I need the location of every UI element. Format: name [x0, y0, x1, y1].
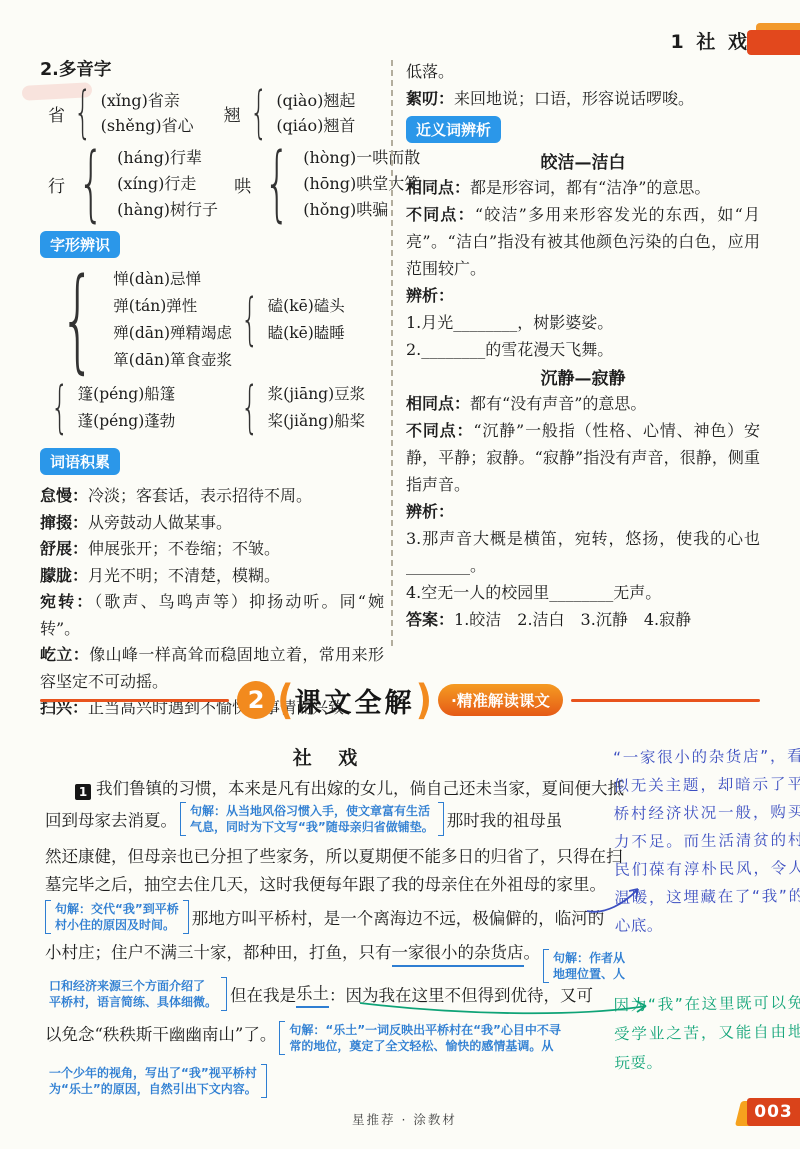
glyph-items: 惮(dàn)忌惮 弹(tán)弹性 殚(dān)殚精竭虑 箪(dān)箪食壶浆	[113, 266, 232, 374]
poly-group-qiao: 翘 { (qiào)翘起 (qiáo)翘首	[224, 85, 356, 141]
reading: (hàng)树行子	[117, 197, 218, 223]
section-badge-zixing: 字形辨识	[40, 231, 120, 258]
text-line-3: 然还康健，但母亲也已分担了些家务，所以夏期便不能多日的归省了，只得在扫	[45, 843, 623, 867]
annotation-text: 平桥村，语言简练、具体细微。	[49, 994, 217, 1010]
def-term: 宛转：	[40, 592, 94, 611]
annotation-juje-d2: 一个少年的视角，写出了“我”视平桥村为“乐土”的原因，自然引出下文内容。	[45, 1064, 267, 1098]
brace-icon: {	[241, 292, 259, 348]
brace-icon: {	[78, 143, 104, 225]
glyph-item: 殚(dān)殚精竭虑	[113, 320, 232, 347]
glyph-items: 篷(péng)船篷 蓬(péng)蓬勃	[78, 381, 176, 435]
body-text: 墓完毕之后，抽空去住几天，这时我便每年跟了我的母亲住在外祖母的家里。	[45, 875, 606, 894]
glyph-item: 瞌(kē)瞌睡	[268, 320, 345, 347]
body-text: 小村庄；住户不满三十家，都种田，打鱼，只有	[45, 939, 392, 963]
page-title: 1 社 戏	[610, 27, 750, 54]
poly-group-hang: 行 { (háng)行辈 (xíng)行走 (hàng)树行子	[48, 143, 218, 225]
text-line-6: 小村庄；住户不满三十家，都种田，打鱼，只有 一家很小的杂货店 。 句解：作者从地…	[45, 939, 623, 973]
text-line-2: 回到母家去消夏。 句解：从当地风俗习惯入手，使文章富有生活气息，同时为下文写“我…	[45, 797, 623, 841]
poly-group-sheng: 省 { (xǐng)省亲 (shěng)省心	[48, 85, 194, 141]
divider-line-right	[571, 699, 760, 702]
annotation-juje-a: 句解：从当地风俗习惯入手，使文章富有生活气息，同时为下文写“我”随母亲归省做铺垫…	[180, 802, 444, 836]
glyph-items: 磕(kē)磕头 瞌(kē)瞌睡	[268, 293, 345, 347]
glyph-item: 篷(péng)船篷	[78, 381, 176, 408]
brace-icon: {	[250, 85, 268, 141]
glyph-group-jiang: { 浆(jiāng)豆浆 桨(jiǎng)船桨	[232, 380, 365, 436]
glyph-item: 浆(jiāng)豆浆	[268, 381, 366, 408]
def-term: 屹立：	[40, 645, 89, 664]
annotation-text: 句解：“乐土”一词反映出平桥村在“我”心目中不寻	[289, 1022, 561, 1038]
annotation-juje-b: 句解：交代“我”到平桥村小住的原因及时间。	[45, 900, 189, 934]
poly-char: 行	[48, 172, 65, 197]
crescent-left-icon: (	[277, 676, 293, 723]
textbook-page: 1 社 戏 2.多音字 省 { (xǐng)省亲 (shěng)省心 翘 {	[0, 0, 800, 1149]
margin-note-handwritten-blue: “一家很小的杂货店”，看似无关主题，却暗示了平桥村经济状况一般，购买力不足。而生…	[613, 742, 800, 940]
section-divider: 2 ( 课文全解 ) ·精准解读课文	[40, 676, 760, 724]
reading: (hòng)一哄而散	[303, 145, 420, 171]
text-line-4: 墓完毕之后，抽空去住几天，这时我便每年跟了我的母亲住在外祖母的家里。	[45, 871, 623, 895]
synonym-pair-title: 皎洁—洁白	[406, 148, 760, 173]
glyph-item: 蓬(péng)蓬勃	[78, 408, 176, 435]
glyph-item: 弹(tán)弹性	[113, 293, 232, 320]
underlined-phrase: 乐土	[296, 980, 329, 1008]
annotation-juje-c2: 口和经济来源三个方面介绍了平桥村，语言简练、具体细微。	[45, 977, 227, 1011]
annotation-text: 村小住的原因及时间。	[55, 917, 179, 933]
same-label: 相同点：	[406, 178, 470, 197]
reading: (qiào)翘起	[276, 88, 355, 113]
body-text: 。	[524, 939, 541, 963]
bracket-right-icon	[261, 1064, 267, 1098]
lesson-title: 社 戏	[40, 743, 620, 770]
same-text: 都是形容词，都有“洁净”的意思。	[470, 178, 710, 197]
def-term: 絮叨：	[406, 89, 454, 108]
def-term: 怠慢：	[40, 486, 88, 505]
reading: (qiáo)翘首	[276, 113, 355, 138]
reading: (hǒng)哄骗	[303, 197, 420, 223]
reading: (hōng)哄堂大笑	[303, 171, 420, 197]
reading: (háng)行辈	[117, 145, 218, 171]
same-label: 相同点：	[406, 394, 470, 413]
glyph-group-ke: { 磕(kē)磕头 瞌(kē)瞌睡	[232, 292, 345, 348]
polyphonic-row-1: 省 { (xǐng)省亲 (shěng)省心 翘 { (qiào)翘起 (qiá…	[48, 85, 384, 141]
polyphonic-heading: 2.多音字	[40, 56, 384, 81]
poly-readings: (háng)行辈 (xíng)行走 (hàng)树行子	[117, 145, 218, 223]
brace-icon: {	[264, 143, 290, 225]
brace-icon: {	[74, 85, 92, 141]
page-number-tab: 003	[747, 1098, 800, 1126]
polyphonic-row-2: 行 { (háng)行辈 (xíng)行走 (hàng)树行子 哄 { (hòn…	[48, 143, 384, 225]
glyph-group-peng: { 篷(péng)船篷 蓬(péng)蓬勃	[42, 380, 175, 436]
same-text: 都有“没有声音”的意思。	[470, 394, 646, 413]
glyph-item: 磕(kē)磕头	[268, 293, 345, 320]
glyph-compare-row-1: { 惮(dàn)忌惮 弹(tán)弹性 殚(dān)殚精竭虑 箪(dān)箪食壶…	[40, 264, 384, 378]
bianxi-label: 辨析：	[406, 498, 760, 525]
poly-readings: (qiào)翘起 (qiáo)翘首	[276, 88, 355, 138]
column-divider	[391, 60, 393, 646]
glyph-item: 惮(dàn)忌惮	[113, 266, 232, 293]
body-text: 以免念“秩秩斯干幽幽南山”了。	[45, 1021, 276, 1045]
answer-label: 答案：	[406, 610, 454, 629]
exercise-line: 4.空无一人的校园里________无声。	[406, 579, 760, 606]
annotation-text: 句解：交代“我”到平桥	[55, 901, 179, 917]
body-text: ：	[329, 982, 346, 1006]
annotation-text: 句解：从当地风俗习惯入手，使文章富有生活	[190, 803, 434, 819]
text-line-5: 句解：交代“我”到平桥村小住的原因及时间。 那地方叫平桥村，是一个离海边不远，极…	[45, 899, 623, 935]
diff-label: 不同点：	[406, 421, 473, 440]
lesson-text-section: 社 戏 1我们鲁镇的习惯，本来是凡有出嫁的女儿，倘自己还未当家，夏间便大抵 回到…	[40, 733, 800, 1113]
def-term: 舒展：	[40, 539, 88, 558]
section-subtitle-badge: ·精准解读课文	[438, 684, 563, 716]
def-term: 朦胧：	[40, 566, 88, 585]
annotation-text: 口和经济来源三个方面介绍了	[49, 978, 217, 994]
body-text: 然还康健，但母亲也已分担了些家务，所以夏期便不能多日的归省了，只得在扫	[45, 847, 623, 866]
answer-text: 1.皎洁 2.洁白 3.沉静 4.寂静	[454, 610, 691, 629]
bracket-right-icon	[221, 977, 227, 1011]
glyph-item: 箪(dān)箪食壶浆	[113, 347, 232, 374]
def-term: 撺掇：	[40, 513, 88, 532]
def-text: 月光不明；不清楚，模糊。	[88, 566, 280, 585]
glyph-items: 浆(jiāng)豆浆 桨(jiǎng)船桨	[268, 381, 366, 435]
header-tab-red	[747, 30, 800, 55]
def-text: 来回地说；口语，形容说话啰唆。	[454, 89, 694, 108]
body-text: 那时我的祖母虽	[447, 807, 563, 831]
text-line-8: 以免念“秩秩斯干幽幽南山”了。 句解：“乐土”一词反映出平桥村在“我”心目中不寻…	[45, 1021, 623, 1061]
annotation-text: 常的地位，奠定了全文轻松、愉快的感情基调。从	[289, 1038, 561, 1054]
reading: (xíng)行走	[117, 171, 218, 197]
crescent-right-icon: )	[416, 676, 432, 723]
annotation-text: 句解：作者从	[553, 950, 625, 966]
glyph-group-dan: { 惮(dàn)忌惮 弹(tán)弹性 殚(dān)殚精竭虑 箪(dān)箪食壶…	[42, 264, 232, 376]
brace-icon: {	[241, 380, 259, 436]
right-column: 低落。 絮叨：来回地说；口语，形容说话啰唆。 近义词辨析 皎洁—洁白 相同点：都…	[406, 58, 760, 633]
reading: (shěng)省心	[101, 113, 194, 138]
underlined-phrase: 一家很小的杂货店	[392, 939, 524, 967]
carryover-text: 低落。	[406, 58, 760, 85]
synonym-pair-title: 沉静—寂静	[406, 364, 760, 389]
exercise-line: 1.月光________，树影婆娑。	[406, 309, 760, 336]
annotation-text: 气息，同时为下文写“我”随母亲归省做铺垫。	[190, 819, 434, 835]
brace-icon: {	[60, 264, 96, 376]
exercise-line: 2.________的雪花漫天飞舞。	[406, 336, 760, 363]
annotation-text: 一个少年的视角，写出了“我”视平桥村	[49, 1065, 257, 1081]
glyph-item: 桨(jiǎng)船桨	[268, 408, 366, 435]
diff-label: 不同点：	[406, 205, 475, 224]
left-column: 2.多音字 省 { (xǐng)省亲 (shěng)省心 翘 { (qiào)翘…	[40, 56, 384, 722]
bracket-right-icon	[183, 900, 189, 934]
footer-brand: 星推荐 · 涂教材	[352, 1110, 457, 1128]
reading: (xǐng)省亲	[101, 88, 194, 113]
divider-line-left	[40, 699, 229, 702]
bracket-right-icon	[438, 802, 444, 836]
section-badge-jinyici: 近义词辨析	[406, 116, 501, 143]
exercise-line: 3.那声音大概是横笛，宛转，悠扬，使我的心也________。	[406, 525, 760, 579]
annotation-text: 为“乐土”的原因，自然引出下文内容。	[49, 1081, 257, 1097]
margin-note-handwritten-green: 因为“我”在这里既可以免受学业之苦，又能自由地玩耍。	[613, 989, 800, 1079]
body-text: 回到母家去消夏。	[45, 807, 177, 831]
body-text: 我们鲁镇的习惯，本来是凡有出嫁的女儿，倘自己还未当家，夏间便大抵	[96, 779, 624, 798]
poly-char: 省	[48, 101, 65, 126]
section-number-badge: 2	[237, 681, 275, 719]
def-text: 从旁鼓动人做某事。	[88, 513, 232, 532]
def-text: 冷淡；客套话，表示招待不周。	[88, 486, 312, 505]
brace-icon: {	[51, 380, 69, 436]
section-title: 课文全解	[295, 681, 415, 720]
bianxi-label: 辨析：	[406, 282, 760, 309]
poly-readings: (xǐng)省亲 (shěng)省心	[101, 88, 194, 138]
poly-char: 哄	[234, 172, 251, 197]
text-line-9: 一个少年的视角，写出了“我”视平桥村为“乐土”的原因，自然引出下文内容。	[45, 1063, 623, 1099]
annotation-juje-d1: 句解：“乐土”一词反映出平桥村在“我”心目中不寻常的地位，奠定了全文轻松、愉快的…	[279, 1021, 565, 1055]
body-text: 那地方叫平桥村，是一个离海边不远，极偏僻的，临河的	[192, 905, 605, 929]
section-badge-ciyu: 词语积累	[40, 448, 120, 475]
glyph-compare-row-2: { 篷(péng)船篷 蓬(péng)蓬勃 { 浆(jiāng)豆浆 桨(jiǎ…	[40, 380, 384, 436]
def-text: 伸展张开；不卷缩；不皱。	[88, 539, 280, 558]
poly-readings: (hòng)一哄而散 (hōng)哄堂大笑 (hǒng)哄骗	[303, 145, 420, 223]
body-text: 但在我是	[230, 982, 296, 1006]
poly-char: 翘	[224, 101, 241, 126]
